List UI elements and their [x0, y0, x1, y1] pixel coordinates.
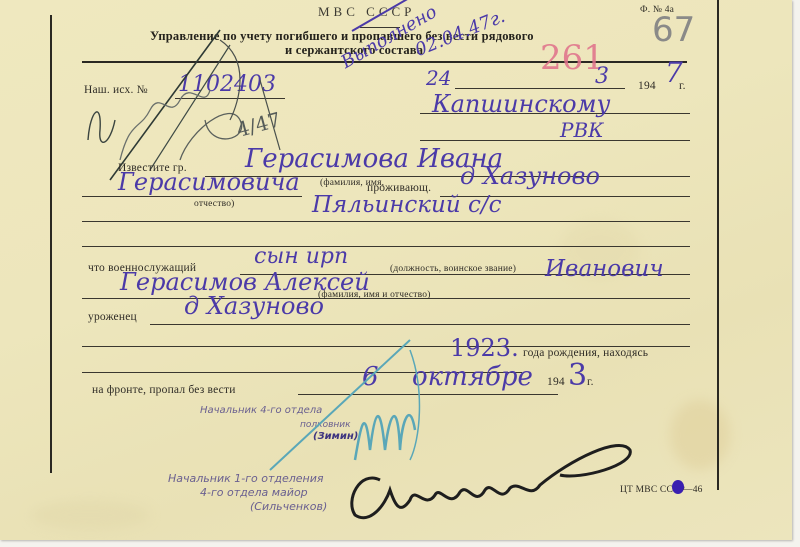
serviceman-name-hint: (фамилия, имя и отчество) [318, 290, 431, 300]
blank-line [82, 246, 690, 247]
chief2-title: Начальник 1-го отделения [168, 472, 324, 485]
missing-year-unit: г. [587, 376, 594, 388]
missing-year-prefix: 194 [547, 376, 565, 388]
paper-stain [670, 400, 730, 470]
residence-line2-text: Пяльинский с/с [312, 192, 501, 218]
missing-year-suffix: 3 [568, 358, 587, 393]
name-line2-text: Герасимовича [118, 168, 300, 196]
printer-code: —46 [683, 485, 703, 495]
left-margin-line [50, 15, 52, 473]
native-line [150, 324, 690, 325]
addressee-line2 [420, 140, 690, 141]
date-month: 3 [595, 64, 609, 89]
chief2-dept: 4-го отдела майор [200, 486, 308, 499]
birth-year-text: 1923. [450, 334, 519, 362]
native-label: уроженец [88, 311, 137, 323]
black-ink-signature [340, 430, 640, 530]
pencil-number: 67 [652, 10, 695, 50]
notification-form: МВС СССР Ф. № 4а Управление по учету пог… [0, 0, 792, 540]
patronymic-hint: отчество) [194, 199, 235, 209]
date-year-prefix: 194 [638, 80, 656, 92]
date-year-unit: г. [679, 80, 686, 92]
name-line2 [82, 196, 302, 197]
addressee-line2-text: РВК [560, 118, 604, 142]
paper-stain [30, 500, 150, 530]
right-margin-line [717, 0, 719, 490]
serviceman-patronymic-text: Иванович [545, 256, 664, 282]
residence-line2 [82, 221, 690, 222]
relation-text: сын ирп [254, 244, 348, 269]
chief2-name: (Сильченков) [250, 500, 327, 513]
front-label: на фронте, пропал без вести [92, 384, 236, 396]
rank-hint: (должность, воинское звание) [390, 264, 516, 274]
residence-line1-text: д Хазуново [460, 162, 600, 190]
native-text: д Хазуново [184, 292, 324, 320]
date-day: 24 [426, 66, 451, 90]
addressee-line1-text: Капшинскому [432, 90, 610, 118]
